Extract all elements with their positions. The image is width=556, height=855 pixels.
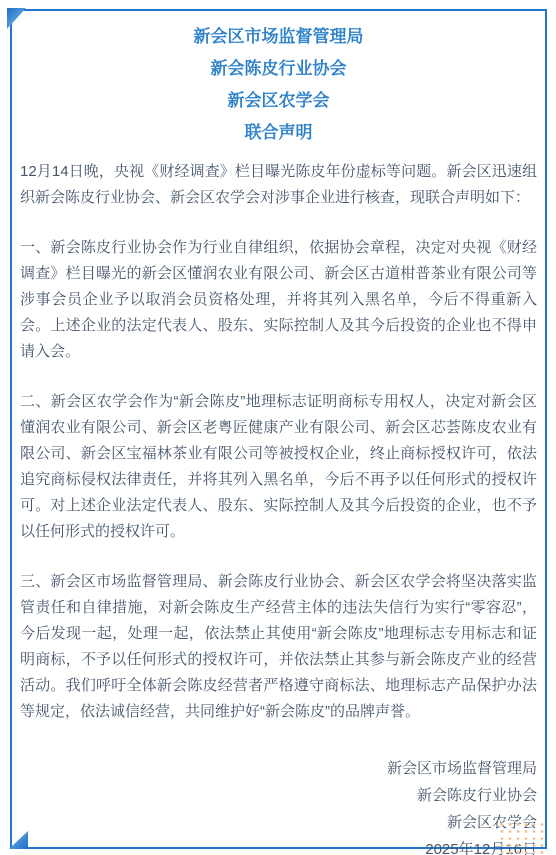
title-line-statement-label: 联合声明 <box>20 117 537 149</box>
statement-paragraph-intro: 12月14日晚，央视《财经调查》栏目曝光陈皮年份虚标等问题。新会区迅速组织新会陈… <box>20 159 537 211</box>
document-border-frame: 新会区市场监督管理局 新会陈皮行业协会 新会区农学会 联合声明 12月14日晚，… <box>10 9 547 849</box>
statement-date: 2025年12月16日 <box>20 836 537 855</box>
signature-org-1: 新会区市场监督管理局 <box>20 755 537 782</box>
statement-paragraph-item-2: 二、新会区农学会作为“新会陈皮”地理标志证明商标专用权人，决定对新会区懂润农业有… <box>20 389 537 545</box>
dot-grid-decoration <box>496 819 544 855</box>
statement-body: 12月14日晚，央视《财经调查》栏目曝光陈皮年份虚标等问题。新会区迅速组织新会陈… <box>20 159 537 725</box>
statement-document-page: 新会区市场监督管理局 新会陈皮行业协会 新会区农学会 联合声明 12月14日晚，… <box>0 0 556 855</box>
title-line-issuer-1: 新会区市场监督管理局 <box>20 21 537 53</box>
signature-org-3: 新会区农学会 <box>20 809 537 836</box>
statement-paragraph-item-1: 一、新会陈皮行业协会作为行业自律组织，依据协会章程，决定对央视《财经调查》栏目曝… <box>20 235 537 365</box>
title-line-issuer-2: 新会陈皮行业协会 <box>20 53 537 85</box>
title-line-issuer-3: 新会区农学会 <box>20 85 537 117</box>
statement-title: 新会区市场监督管理局 新会陈皮行业协会 新会区农学会 联合声明 <box>20 21 537 149</box>
statement-paragraph-item-3: 三、新会区市场监督管理局、新会陈皮行业协会、新会区农学会将坚决落实监管责任和自律… <box>20 569 537 725</box>
signature-block: 新会区市场监督管理局 新会陈皮行业协会 新会区农学会 2025年12月16日 <box>20 755 537 855</box>
signature-org-2: 新会陈皮行业协会 <box>20 782 537 809</box>
